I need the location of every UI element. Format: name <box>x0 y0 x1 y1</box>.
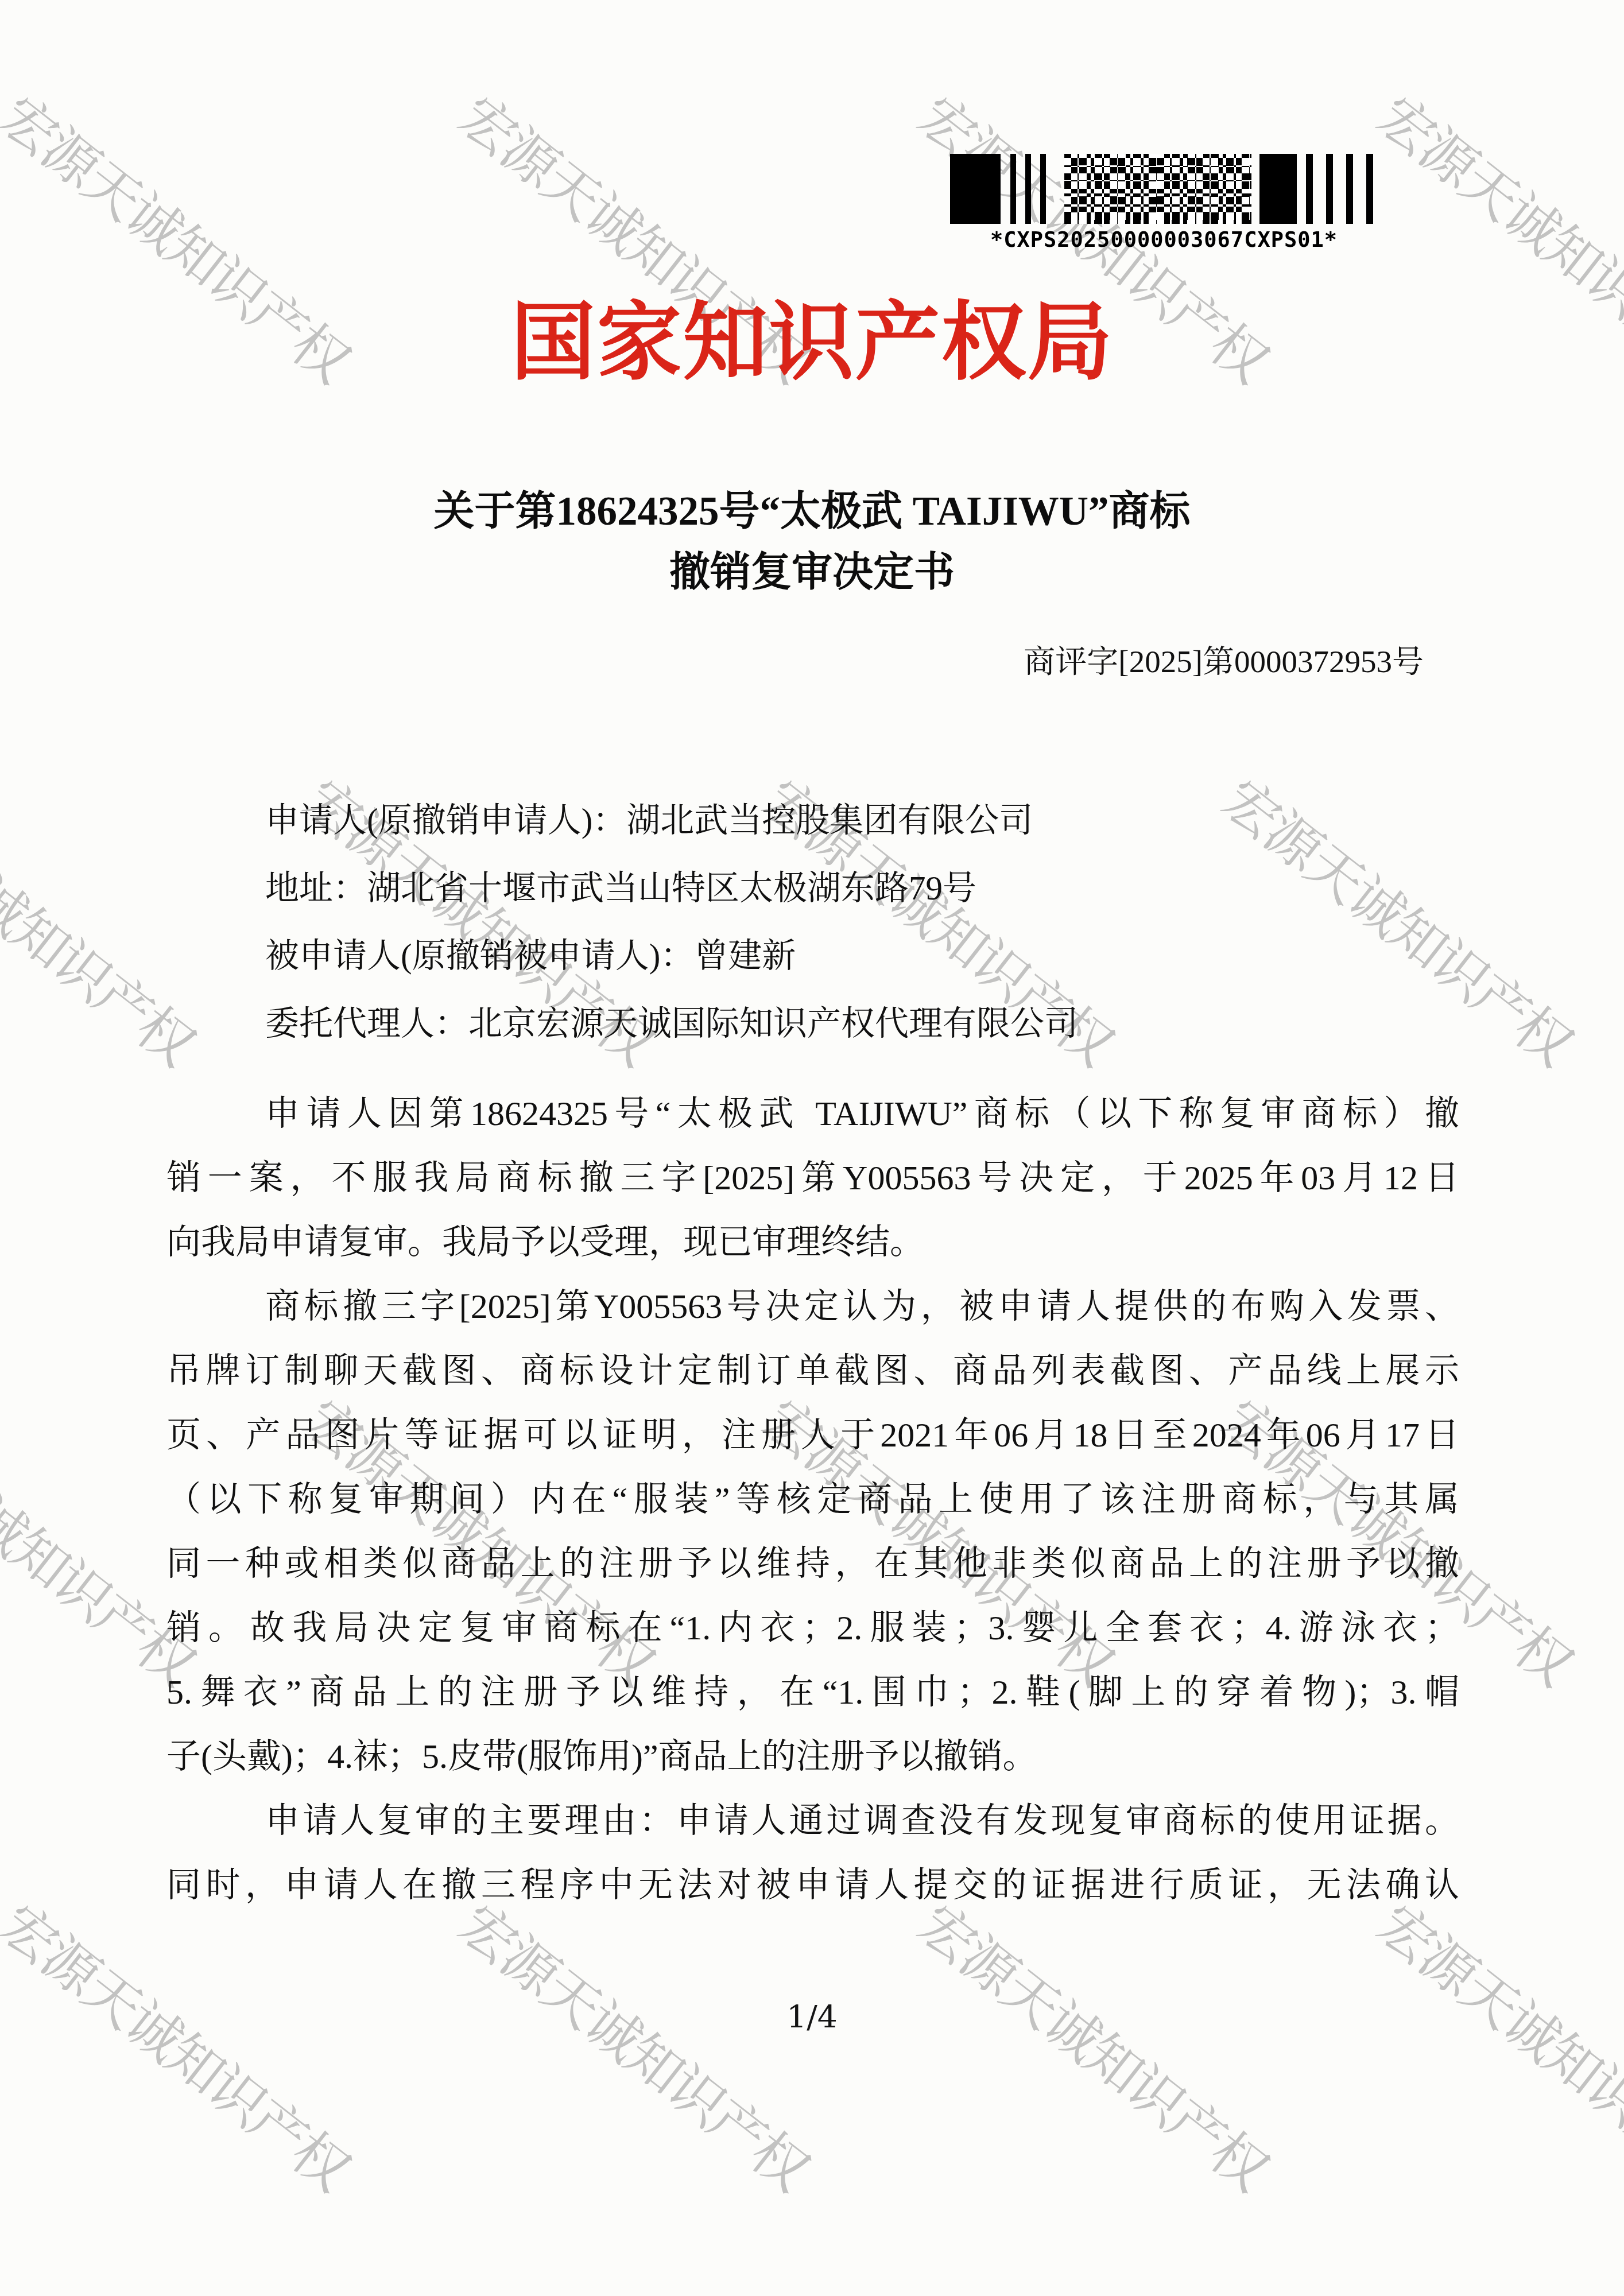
body-paragraph: 申请人复审的主要理由：申请人通过调查没有发现复审商标的使用证据。 同时，申请人在… <box>166 1789 1459 1917</box>
doc-title-line1: 关于第18624325号“太极武 TAIJIWU”商标 <box>0 481 1624 542</box>
body-line: 子(头戴)；4.袜；5.皮带(服饰用)”商品上的注册予以撤销。 <box>166 1724 1459 1789</box>
body-line: 申请人因第18624325号“太极武 TAIJIWU”商标（以下称复审商标）撤 <box>166 1081 1459 1146</box>
document-page: 宏源天诚知识产权 宏源天诚知识产权 宏源天诚知识产权 宏源天诚知识产权 宏源天诚… <box>0 0 1624 2296</box>
body-line: 商标撤三字[2025]第Y005563号决定认为，被申请人提供的布购入发票、 <box>166 1274 1459 1339</box>
document-content: *CXPS20250000003067CXPS01* 国家知识产权局 关于第18… <box>0 0 1624 2296</box>
doc-number: 商评字[2025]第0000372953号 <box>166 636 1458 681</box>
party-line-applicant: 申请人(原撤销申请人)：湖北武当控股集团有限公司 <box>166 786 1458 854</box>
barcode-bars <box>950 154 1378 224</box>
barcode-thin-bars-icon <box>1010 154 1052 224</box>
doc-title: 关于第18624325号“太极武 TAIJIWU”商标 撤销复审决定书 <box>0 481 1624 603</box>
parties-block: 申请人(原撤销申请人)：湖北武当控股集团有限公司 地址：湖北省十堰市武当山特区太… <box>166 786 1458 1057</box>
body-line: 申请人复审的主要理由：申请人通过调查没有发现复审商标的使用证据。 <box>166 1789 1459 1853</box>
body-line: 销一案，不服我局商标撤三字[2025]第Y005563号决定，于2025年03月… <box>166 1146 1459 1210</box>
barcode-2d-noise-icon <box>1064 154 1251 224</box>
barcode-thin-bars-icon <box>1306 154 1378 224</box>
body-line: 向我局申请复审。我局予以受理，现已审理终结。 <box>166 1210 1459 1274</box>
party-line-address: 地址：湖北省十堰市武当山特区太极湖东路79号 <box>166 854 1458 922</box>
body-line: 同一种或相类似商品上的注册予以维持，在其他非类似商品上的注册予以撤 <box>166 1531 1459 1596</box>
body-paragraph: 申请人因第18624325号“太极武 TAIJIWU”商标（以下称复审商标）撤 … <box>166 1081 1459 1274</box>
doc-title-line2: 撤销复审决定书 <box>0 542 1624 603</box>
body-paragraph: 商标撤三字[2025]第Y005563号决定认为，被申请人提供的布购入发票、 吊… <box>166 1274 1459 1789</box>
page-number: 1/4 <box>0 1999 1624 2035</box>
body-line: 同时，申请人在撤三程序中无法对被申请人提交的证据进行质证，无法确认 <box>166 1853 1459 1917</box>
barcode-block-icon <box>950 154 1001 224</box>
body-text: 申请人因第18624325号“太极武 TAIJIWU”商标（以下称复审商标）撤 … <box>166 1081 1459 1917</box>
body-line: 销。故我局决定复审商标在“1.内衣；2.服装；3.婴儿全套衣；4.游泳衣； <box>166 1596 1459 1660</box>
body-line: 吊牌订制聊天截图、商标设计定制订单截图、商品列表截图、产品线上展示 <box>166 1339 1459 1403</box>
barcode-value: *CXPS20250000003067CXPS01* <box>950 227 1378 252</box>
body-line: （以下称复审期间）内在“服装”等核定商品上使用了该注册商标，与其属 <box>166 1467 1459 1531</box>
doc-number-text: 商评字[2025]第0000372953号 <box>1024 644 1424 679</box>
barcode: *CXPS20250000003067CXPS01* <box>950 154 1378 252</box>
body-line: 5.舞衣”商品上的注册予以维持，在“1.围巾；2.鞋(脚上的穿着物)；3.帽 <box>166 1660 1459 1724</box>
barcode-block-icon <box>1259 154 1297 224</box>
party-line-respondent: 被申请人(原撤销被申请人)：曾建新 <box>166 922 1458 990</box>
party-line-agent: 委托代理人：北京宏源天诚国际知识产权代理有限公司 <box>166 990 1458 1057</box>
agency-title: 国家知识产权局 <box>0 274 1624 396</box>
body-line: 页、产品图片等证据可以证明，注册人于2021年06月18日至2024年06月17… <box>166 1403 1459 1467</box>
